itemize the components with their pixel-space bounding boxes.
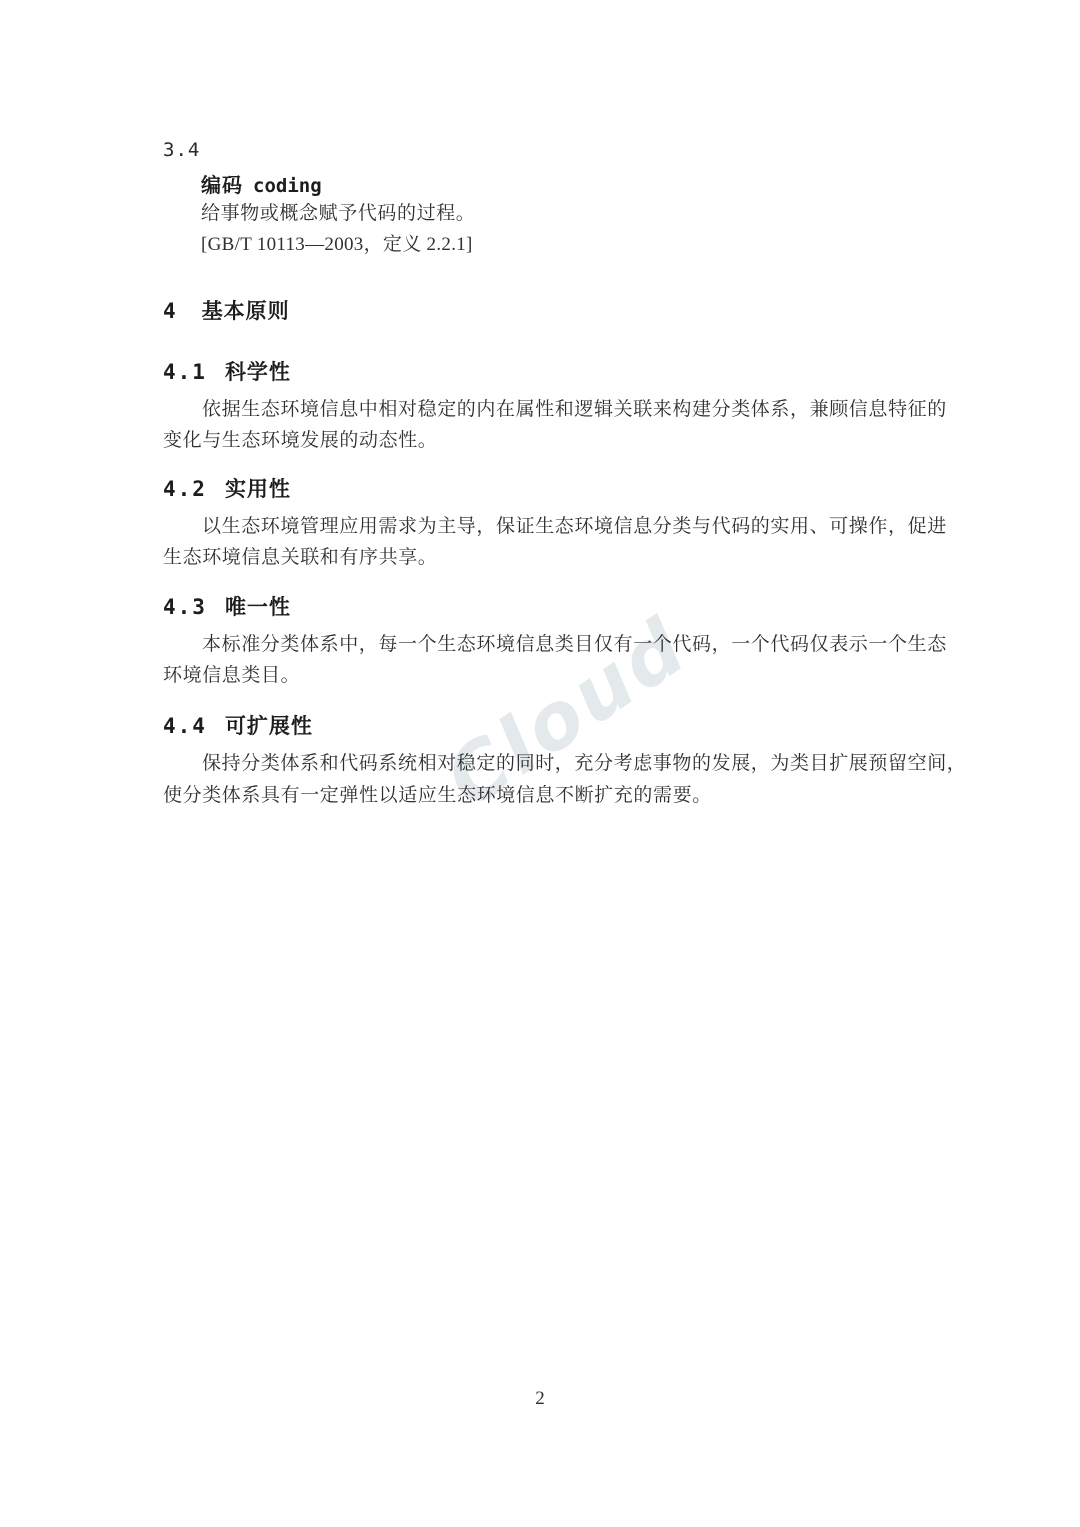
section-4-3-title: 唯一性 xyxy=(225,596,291,619)
chapter-4-heading: 4基本原则 xyxy=(163,295,290,325)
term-definition: 给事物或概念赋予代码的过程。 xyxy=(201,201,475,227)
section-4-1-title: 科学性 xyxy=(225,361,291,384)
section-4-1-paragraph-line: 依据生态环境信息中相对稳定的内在属性和逻辑关联来构建分类体系，兼顾信息特征的 xyxy=(163,397,947,423)
chapter-number: 4 xyxy=(163,299,178,323)
document-page: Cloud 3.4 编码coding 给事物或概念赋予代码的过程。 [GB/T … xyxy=(0,0,1080,1527)
page-number: 2 xyxy=(0,1388,1080,1410)
section-4-3-paragraph-line: 本标准分类体系中，每一个生态环境信息类目仅有一个代码，一个代码仅表示一个生态 xyxy=(163,632,947,658)
section-4-3-number: 4.3 xyxy=(163,595,207,619)
section-4-3-heading: 4.3唯一性 xyxy=(163,591,291,621)
chapter-title: 基本原则 xyxy=(202,300,290,323)
section-4-4-paragraph-line: 保持分类体系和代码系统相对稳定的同时，充分考虑事物的发展，为类目扩展预留空间， xyxy=(163,751,966,777)
section-4-4-title: 可扩展性 xyxy=(225,715,313,738)
section-4-2-paragraph-line: 以生态环境管理应用需求为主导，保证生态环境信息分类与代码的实用、可操作，促进 xyxy=(163,514,947,540)
section-4-1-heading: 4.1科学性 xyxy=(163,356,291,386)
section-4-1-paragraph-line: 变化与生态环境发展的动态性。 xyxy=(163,428,437,454)
section-4-2-number: 4.2 xyxy=(163,477,207,501)
section-4-1-number: 4.1 xyxy=(163,360,207,384)
term-zh: 编码 xyxy=(201,175,243,197)
section-4-2-title: 实用性 xyxy=(225,478,291,501)
section-4-4-heading: 4.4可扩展性 xyxy=(163,710,313,740)
term-source-reference: [GB/T 10113—2003，定义 2.2.1] xyxy=(201,232,473,258)
clause-3-4-number: 3.4 xyxy=(163,139,200,161)
section-4-2-paragraph-line: 生态环境信息关联和有序共享。 xyxy=(163,545,437,571)
term-en: coding xyxy=(253,175,322,197)
section-4-2-heading: 4.2实用性 xyxy=(163,473,291,503)
section-4-3-paragraph-line: 环境信息类目。 xyxy=(163,663,300,689)
section-4-4-paragraph-line: 使分类体系具有一定弹性以适应生态环境信息不断扩充的需要。 xyxy=(163,783,712,809)
term-heading: 编码coding xyxy=(201,169,322,198)
section-4-4-number: 4.4 xyxy=(163,714,207,738)
